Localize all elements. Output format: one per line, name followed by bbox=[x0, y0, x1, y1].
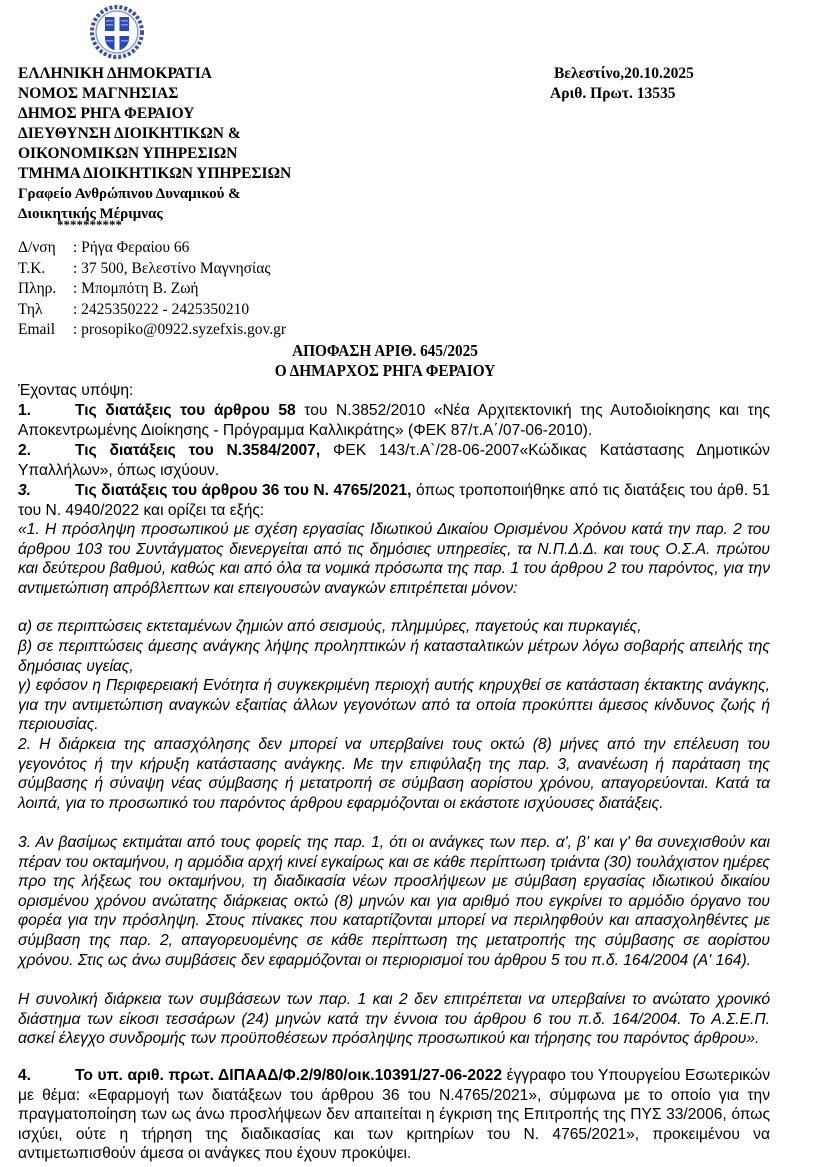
protocol-number: Αριθ. Πρωτ. 13535 bbox=[550, 84, 675, 104]
contact-label: Τηλ bbox=[18, 300, 43, 321]
place-date: Βελεστίνο,20.10.2025 bbox=[554, 64, 694, 84]
separator: ********** bbox=[57, 219, 122, 231]
decision-subtitle: Ο ΔΗΜΑΡΧΟΣ ΡΗΓΑ ΦΕΡΑΙΟΥ bbox=[39, 361, 732, 381]
contact-label: Email bbox=[18, 320, 55, 341]
item-number: 1. bbox=[18, 401, 75, 421]
org-line-department: ΤΜΗΜΑ ΔΙΟΙΚΗΤΙΚΩΝ ΥΠΗΡΕΣΙΩΝ bbox=[18, 164, 291, 184]
contact-value-email[interactable]: : prosopiko@0922.syzefxis.gov.gr bbox=[73, 320, 286, 341]
item-3: 3.Τις διατάξεις του άρθρου 36 του Ν. 476… bbox=[18, 481, 770, 520]
contact-value: : 2425350222 - 2425350210 bbox=[73, 300, 249, 321]
intro-text: Έχοντας υπόψη: bbox=[18, 381, 770, 401]
item-number: 2. bbox=[18, 441, 75, 461]
quote-case-a: α) σε περιπτώσεις εκτεταμένων ζημιών από… bbox=[18, 617, 770, 637]
contact-row: Email : prosopiko@0922.syzefxis.gov.gr bbox=[0, 320, 400, 341]
quote-paragraph-3: 3. Αν βασίμως εκτιμάται από τους φορείς … bbox=[18, 833, 770, 970]
contact-value: : Ρήγα Φεραίου 66 bbox=[73, 238, 189, 259]
item-4: 4.Το υπ. αριθ. πρωτ. ΔΙΠΑΑΔ/Φ.2/9/80/οικ… bbox=[18, 1066, 770, 1164]
item-2: 2.Τις διατάξεις του Ν.3584/2007, ΦΕΚ 143… bbox=[18, 441, 770, 480]
item-bold-text: Το υπ. αριθ. πρωτ. ΔΙΠΑΑΔ/Φ.2/9/80/οικ.1… bbox=[75, 1067, 502, 1084]
org-line-municipality: ΔΗΜΟΣ ΡΗΓΑ ΦΕΡΑΙΟΥ bbox=[18, 104, 194, 124]
contact-value: : Μπομπότη Β. Ζωή bbox=[73, 279, 199, 300]
org-line-prefecture: ΝΟΜΟΣ ΜΑΓΝΗΣΙΑΣ bbox=[18, 84, 178, 104]
item-bold-text: Τις διατάξεις του άρθρου 36 του Ν. 4765/… bbox=[75, 482, 412, 499]
item-bold-text: Τις διατάξεις του άρθρου 58 bbox=[75, 402, 296, 419]
quote-paragraph-4: Η συνολική διάρκεια των συμβάσεων των πα… bbox=[18, 990, 770, 1049]
contact-value: : 37 500, Βελεστίνο Μαγνησίας bbox=[73, 259, 270, 280]
contact-label: Δ/νση bbox=[18, 238, 56, 259]
greek-coat-of-arms-icon bbox=[89, 4, 145, 60]
quote-case-b: β) σε περιπτώσεις άμεσης ανάγκης λήψης π… bbox=[18, 637, 770, 676]
quote-case-c: γ) εφόσον η Περιφερειακή Ενότητα ή συγκε… bbox=[18, 676, 770, 735]
org-line-republic: ΕΛΛΗΝΙΚΗ ΔΗΜΟΚΡΑΤΙΑ bbox=[18, 64, 212, 84]
item-number: 3. bbox=[18, 481, 75, 501]
org-line-services: ΟΙΚΟΝΟΜΙΚΩΝ ΥΠΗΡΕΣΙΩΝ bbox=[18, 144, 237, 164]
org-line-office: Γραφείο Ανθρώπινου Δυναμικού & bbox=[18, 184, 241, 204]
item-1: 1.Τις διατάξεις του άρθρου 58 του Ν.3852… bbox=[18, 401, 770, 440]
decision-title: ΑΠΟΦΑΣΗ ΑΡΙΘ. 645/2025 bbox=[39, 341, 732, 361]
contact-label: Πληρ. bbox=[18, 279, 56, 300]
item-bold-text: Τις διατάξεις του Ν.3584/2007, bbox=[75, 442, 320, 459]
org-line-directorate: ΔΙΕΥΘΥΝΣΗ ΔΙΟΙΚΗΤΙΚΩΝ & bbox=[18, 124, 241, 144]
contact-row: Τ.Κ. : 37 500, Βελεστίνο Μαγνησίας bbox=[0, 259, 400, 280]
contact-label: Τ.Κ. bbox=[18, 259, 45, 280]
contact-row: Δ/νση : Ρήγα Φεραίου 66 bbox=[0, 238, 400, 259]
quote-paragraph-2: 2. Η διάρκεια της απασχόλησης δεν μπορεί… bbox=[18, 735, 770, 813]
contact-row: Τηλ : 2425350222 - 2425350210 bbox=[0, 300, 400, 321]
quote-paragraph-1: «1. Η πρόσληψη προσωπικού με σχέση εργασ… bbox=[18, 520, 770, 598]
contact-row: Πληρ. : Μπομπότη Β. Ζωή bbox=[0, 279, 400, 300]
item-number: 4. bbox=[18, 1066, 75, 1086]
contact-block: Δ/νση : Ρήγα Φεραίου 66 Τ.Κ. : 37 500, Β… bbox=[0, 238, 400, 343]
